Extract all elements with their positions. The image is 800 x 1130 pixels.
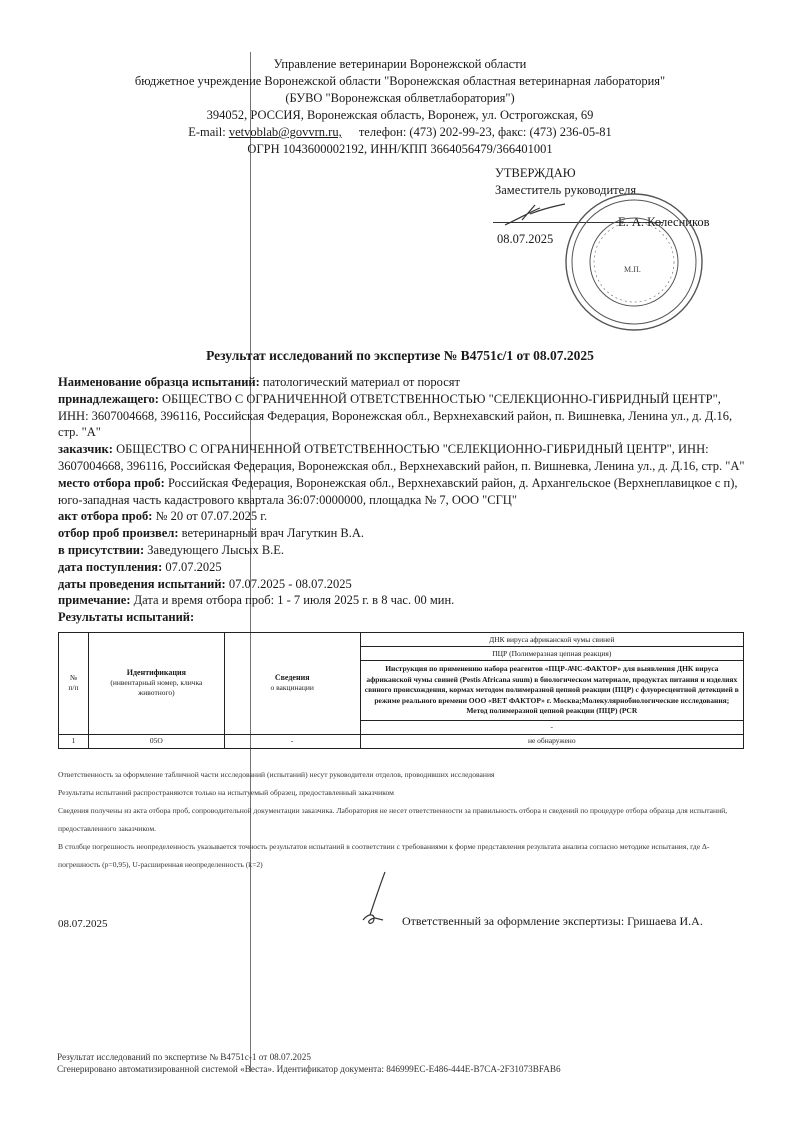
approval-date: 08.07.2025	[497, 232, 553, 247]
field-note: примечание: Дата и время отбора проб: 1 …	[58, 592, 748, 609]
responsible-signature-icon	[355, 870, 405, 930]
field-test-dates: даты проведения испытаний: 07.07.2025 - …	[58, 576, 748, 593]
svg-text:М.П.: М.П.	[624, 265, 641, 274]
cell-vaccination: -	[224, 734, 360, 748]
organization-header: Управление ветеринарии Воронежской облас…	[50, 56, 750, 158]
header-test-unit: -	[360, 720, 743, 734]
footnote-source: Сведения получены из акта отбора проб, с…	[58, 802, 748, 838]
header-test-method: ПЦР (Полимеразная цепная реакция)	[360, 647, 743, 661]
cell-num: 1	[59, 734, 89, 748]
results-heading: Результаты испытаний:	[58, 609, 748, 626]
approval-title: УТВЕРЖДАЮ	[495, 165, 636, 182]
table-row: 1 05О - не обнаружено	[59, 734, 744, 748]
responsible-person: Ответственный за оформление экспертизы: …	[402, 914, 703, 929]
field-customer: заказчик: ОБЩЕСТВО С ОГРАНИЧЕННОЙ ОТВЕТС…	[58, 441, 748, 475]
official-stamp-icon: М.П.	[562, 190, 706, 334]
header-num: №п/п	[59, 633, 89, 735]
footnotes: Ответственность за оформление табличной …	[58, 766, 748, 874]
field-sampling-place: место отбора проб: Российская Федерация,…	[58, 475, 748, 509]
header-address: 394052, РОССИЯ, Воронежская область, Вор…	[50, 107, 750, 124]
phone-fax: телефон: (473) 202-99-23, факс: (473) 23…	[359, 125, 612, 139]
footnote-uncertainty: В столбце погрешность неопределенность у…	[58, 838, 748, 874]
email-link[interactable]: vetvoblab@govvrn.ru,	[229, 125, 342, 139]
document-title: Результат исследований по экспертизе № В…	[50, 348, 750, 364]
header-test-target: ДНК вируса африканской чумы свиней	[360, 633, 743, 647]
signature-icon	[500, 200, 570, 230]
cell-id: 05О	[88, 734, 224, 748]
header-institution: бюджетное учреждение Воронежской области…	[50, 73, 750, 90]
field-sampling-act: акт отбора проб: № 20 от 07.07.2025 г.	[58, 508, 748, 525]
document-footer: Результат исследований по экспертизе № В…	[57, 1051, 561, 1075]
header-identification: Идентификация(инвентарный номер, кличка …	[88, 633, 224, 735]
header-ministry: Управление ветеринарии Воронежской облас…	[50, 56, 750, 73]
footer-generated-id: Сгенерировано автоматизированной системо…	[57, 1063, 561, 1075]
field-sample-name: Наименование образца испытаний: патологи…	[58, 374, 748, 391]
results-table: №п/п Идентификация(инвентарный номер, кл…	[58, 632, 744, 749]
header-short-name: (БУВО "Воронежская облветлаборатория")	[50, 90, 750, 107]
field-received-date: дата поступления: 07.07.2025	[58, 559, 748, 576]
field-owner: принадлежащего: ОБЩЕСТВО С ОГРАНИЧЕННОЙ …	[58, 391, 748, 441]
footer-reference: Результат исследований по экспертизе № В…	[57, 1051, 561, 1063]
signoff-date: 08.07.2025	[58, 918, 108, 930]
header-registration: ОГРН 1043600002192, ИНН/КПП 3664056479/3…	[50, 141, 750, 158]
header-contacts: E-mail: vetvoblab@govvrn.ru, телефон: (4…	[50, 124, 750, 141]
header-vaccination: Сведенияо вакцинации	[224, 633, 360, 735]
cell-result: не обнаружено	[360, 734, 743, 748]
field-presence: в присутствии: Заведующего Лысых В.Е.	[58, 542, 748, 559]
footnote-scope: Результаты испытаний распространяются то…	[58, 784, 748, 802]
header-test-document: Инструкция по применению набора реагенто…	[360, 661, 743, 721]
field-sampled-by: отбор проб произвел: ветеринарный врач Л…	[58, 525, 748, 542]
footnote-responsibility: Ответственность за оформление табличной …	[58, 766, 748, 784]
sample-details: Наименование образца испытаний: патологи…	[58, 374, 748, 626]
